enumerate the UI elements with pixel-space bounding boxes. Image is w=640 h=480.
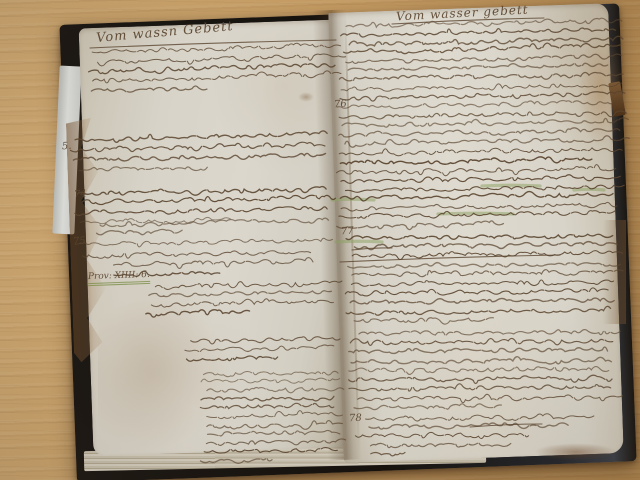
entry-number: 76 — [334, 99, 347, 111]
right-page — [328, 3, 624, 462]
entry-number: 74 — [74, 189, 87, 201]
entry-number: 78 — [349, 413, 362, 424]
photo-scene: Vom wassn Gebett Vom wasser gebett Prov:… — [0, 0, 640, 480]
left-page — [79, 20, 346, 457]
entry-number: 77 — [341, 226, 354, 238]
entry-number: 5. — [62, 141, 72, 153]
scripture-reference-note: Prov: XIIII: 6. — [88, 270, 150, 286]
entry-number: 75 — [73, 236, 86, 248]
